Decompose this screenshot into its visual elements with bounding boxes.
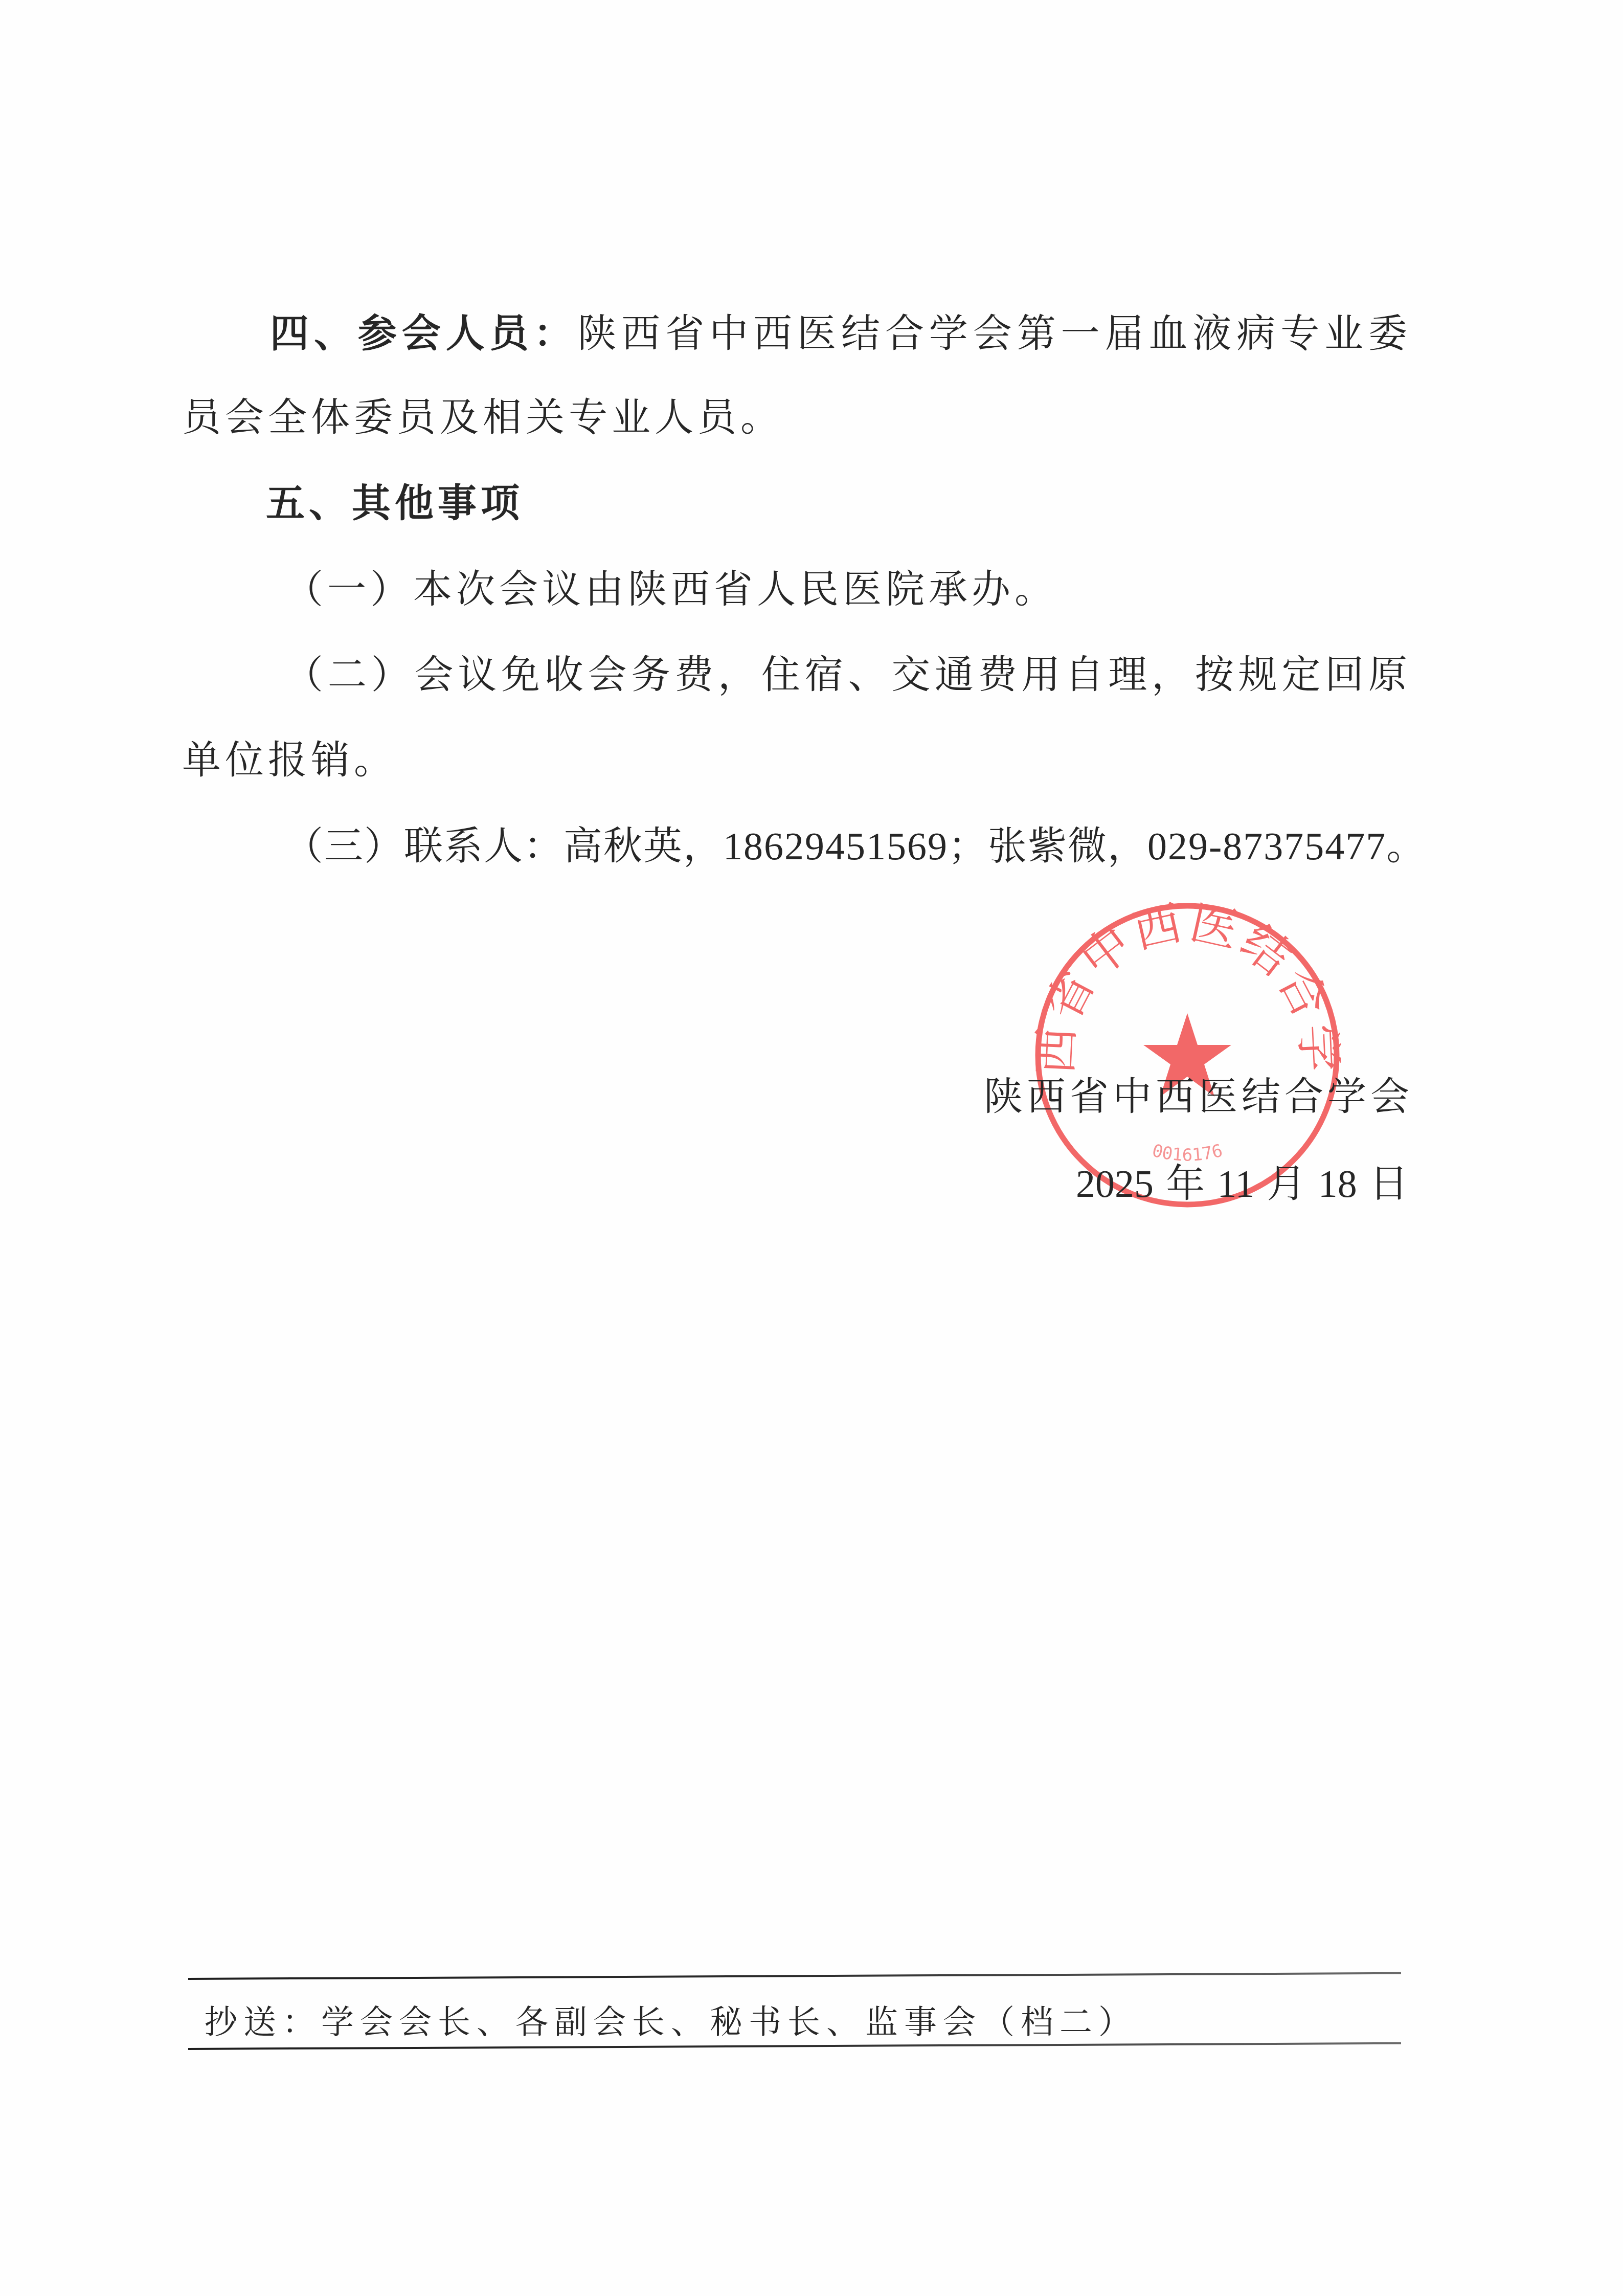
contact-suffix: 。 — [1386, 823, 1426, 868]
document-page: 四、参会人员：陕西省中西医结合学会第一届血液病专业委 员会全体委员及相关专业人员… — [0, 0, 1623, 2296]
item-2-text-line-2: 单位报销。 — [182, 737, 397, 783]
attendees-text-line-1: 陕西省中西医结合学会第一届血液病专业委 — [577, 310, 1410, 356]
attendees-paragraph-line-2: 员会全体委员及相关专业人员。 — [182, 394, 783, 441]
date-month-unit: 月 — [1267, 1161, 1306, 1206]
other-matters-item-1: （一）本次会议由陕西省人民医院承办。 — [284, 566, 1057, 613]
date-month: 11 — [1217, 1163, 1254, 1206]
other-matters-heading: 五、其他事项 — [266, 480, 524, 527]
item-2-text-line-1: 会议免收会务费，住宿、交通费用自理，按规定回原 — [414, 652, 1410, 697]
attendees-paragraph-line-1: 四、参会人员：陕西省中西医结合学会第一届血液病专业委 — [270, 310, 1410, 357]
other-matters-item-3-contacts: （三）联系人：高秋英，18629451569；张紫微，029-87375477。 — [284, 822, 1426, 870]
item-1-label: （一） — [284, 566, 413, 612]
item-2-label: （二） — [284, 652, 414, 697]
date-year-unit: 年 — [1166, 1161, 1205, 1206]
contact-prefix: 联系人：高秋英， — [404, 823, 723, 868]
date-year: 2025 — [1076, 1163, 1154, 1206]
cc-label: 抄送： — [205, 2003, 321, 2041]
contact-phone-1: 18629451569 — [723, 825, 948, 868]
item-1-text: 本次会议由陕西省人民医院承办。 — [413, 566, 1057, 612]
contact-separator: ；张紫微， — [948, 823, 1147, 868]
item-3-label: （三） — [284, 823, 404, 868]
signature-date: 2025 年 11 月 18 日 — [1076, 1160, 1408, 1208]
signature-organization-text: 陕西省中西医结合学会 — [984, 1074, 1413, 1119]
footer-cc-line: 抄送：学会会长、各副会长、秘书长、监事会（档二） — [205, 2001, 1137, 2044]
svg-text:陕西省中西医结合学会: 陕西省中西医结合学会 — [1034, 902, 1341, 1076]
other-matters-item-2-line-2: 单位报销。 — [182, 737, 397, 784]
contact-phone-2: 029-87375477 — [1147, 825, 1386, 868]
attendees-text-line-2: 员会全体委员及相关专业人员。 — [182, 394, 783, 440]
other-matters-heading-text: 五、其他事项 — [266, 480, 524, 526]
date-day-unit: 日 — [1369, 1161, 1408, 1206]
date-day: 18 — [1318, 1163, 1357, 1206]
stamp-ring-text: 陕西省中西医结合学会 — [1034, 902, 1341, 1076]
signature-organization: 陕西省中西医结合学会 — [984, 1073, 1413, 1120]
cc-recipients: 学会会长、各副会长、秘书长、监事会（档二） — [321, 2003, 1137, 2041]
attendees-heading: 四、参会人员： — [270, 310, 577, 356]
other-matters-item-2-line-1: （二）会议免收会务费，住宿、交通费用自理，按规定回原 — [284, 651, 1410, 698]
footer-top-divider — [188, 1972, 1401, 1980]
